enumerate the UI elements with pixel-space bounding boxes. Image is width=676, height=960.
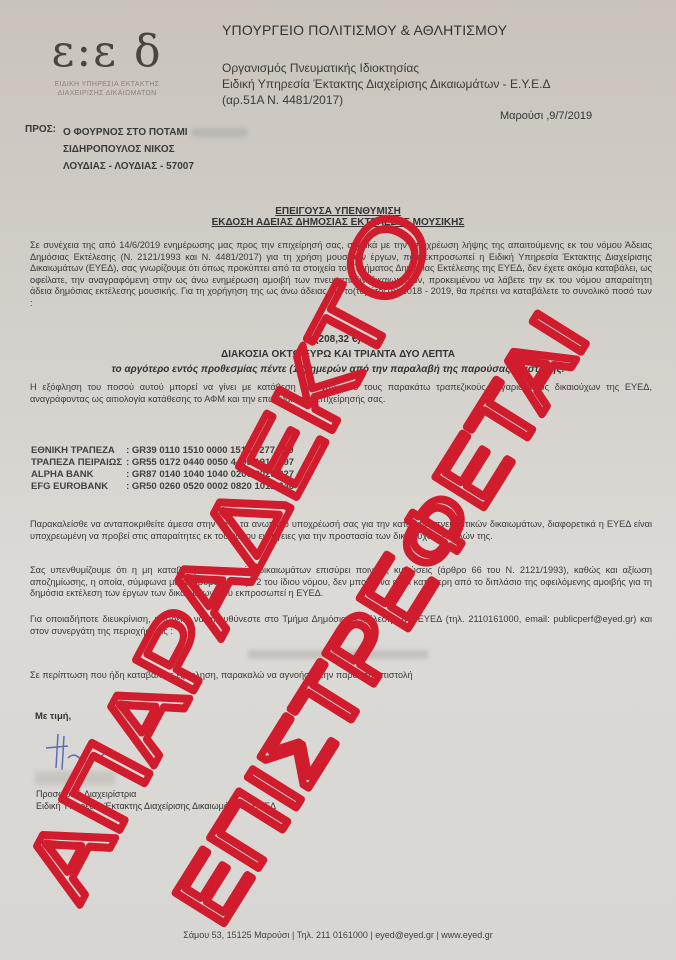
bank-iban: : GR87 0140 1040 1040 0200 2026 327 [126,469,298,481]
letter-page: ε:ε δ ΕΙΔΙΚΗ ΥΠΗΡΕΣΙΑ ΕΚΤΑΚΤΗΣ ΔΙΑΧΕΙΡΙΣ… [0,0,676,960]
bank-row: ΤΡΑΠΕΖΑ ΠΕΙΡΑΙΩΣ: GR55 0172 0440 0050 44… [31,457,298,469]
paragraph-contact: Για οποιαδήποτε διευκρίνιση, μπορείτε να… [30,614,652,637]
closing-salutation: Με τιμή, [35,711,71,722]
paragraph-payment: Η εξόφληση του ποσού αυτού μπορεί να γίν… [30,382,652,405]
org-line-2: Ειδική Υπηρεσία Έκτακτης Διαχείρισης Δικ… [222,76,551,92]
paragraph-penalties: Σας υπενθυμίζουμε ότι η μη καταβολή πνευ… [30,565,652,600]
recipient-line-1: Ο ΦΟΥΡΝΟΣ ΣΤΟ ΠΟΤΑΜΙ [63,124,247,141]
bank-name: ALPHA BANK [31,469,126,481]
recipient-line-3: ΛΟΥΔΙΑΣ - ΛΟΥΔΙΑΣ - 57007 [63,158,247,175]
bank-iban: : GR55 0172 0440 0050 4409 1910 697 [126,457,298,469]
subject-line-2: ΕΚΔΟΣΗ ΑΔΕΙΑΣ ΔΗΜΟΣΙΑΣ ΕΚΤΕΛΕΣΗΣ ΜΟΥΣΙΚΗ… [0,217,676,228]
org-line-3: (αρ.51Α Ν. 4481/2017) [222,92,551,108]
redacted-signer-name [35,771,115,785]
redaction-blur [192,128,247,137]
amount-words: ΔΙΑΚΟΣΙΑ ΟΚΤΩ ΕΥΡΩ ΚΑΙ ΤΡΙΑΝΤΑ ΔΥΟ ΛΕΠΤΑ [0,349,676,360]
signer-title: Προσωρινή Διαχειρίστρια [36,788,276,800]
bank-name: ΤΡΑΠΕΖΑ ΠΕΙΡΑΙΩΣ [31,457,126,469]
eyed-logo: ε:ε δ ΕΙΔΙΚΗ ΥΠΗΡΕΣΙΑ ΕΚΤΑΚΤΗΣ ΔΙΑΧΕΙΡΙΣ… [42,30,172,98]
logo-subtitle: ΕΙΔΙΚΗ ΥΠΗΡΕΣΙΑ ΕΚΤΑΚΤΗΣ ΔΙΑΧΕΙΡΙΣΗΣ ΔΙΚ… [42,80,172,98]
recipient-address: Ο ΦΟΥΡΝΟΣ ΣΤΟ ΠΟΤΑΜΙ ΣΙΔΗΡΟΠΟΥΛΟΣ ΝΙΚΟΣ … [63,124,247,175]
bank-row: ΕΘΝΙΚΗ ΤΡΑΠΕΖΑ: GR39 0110 1510 0000 1510… [31,445,298,457]
subject-heading: ΕΠΕΙΓΟΥΣΑ ΥΠΕΝΘΥΜΙΣΗ ΕΚΔΟΣΗ ΑΔΕΙΑΣ ΔΗΜΟΣ… [0,206,676,228]
logo-subtitle-line-2: ΔΙΑΧΕΙΡΙΣΗΣ ΔΙΚΑΙΩΜΑΤΩΝ [42,89,172,98]
recipient-line-2: ΣΙΔΗΡΟΠΟΥΛΟΣ ΝΙΚΟΣ [63,141,247,158]
amount-number: (208,32 €) [0,334,676,345]
letter-date: Μαρούσι ,9/7/2019 [500,110,592,122]
signer-org: Ειδική Υπηρεσία Έκτακτης Διαχείρισης Δικ… [36,800,276,812]
paragraph-intro: Σε συνέχεια της από 14/6/2019 ενημέρωσης… [30,240,652,310]
bank-name: EFG EUROBANK [31,481,126,493]
bank-iban: : GR39 0110 1510 0000 1510 0277 159 [126,445,298,457]
logo-mark: ε:ε δ [42,30,172,74]
footer-contact: Σάμου 53, 15125 Μαρούσι | Τηλ. 211 01610… [0,930,676,940]
organization-block: Οργανισμός Πνευματικής Ιδιοκτησίας Ειδικ… [222,60,551,108]
signer-block: Προσωρινή Διαχειρίστρια Ειδική Υπηρεσία … [36,788,276,812]
paragraph-ignore-notice: Σε περίπτωση που ήδη καταβάλατε εξόφληση… [30,670,652,682]
logo-subtitle-line-1: ΕΙΔΙΚΗ ΥΠΗΡΕΣΙΑ ΕΚΤΑΚΤΗΣ [42,80,172,89]
subject-line-1: ΕΠΕΙΓΟΥΣΑ ΥΠΕΝΘΥΜΙΣΗ [0,206,676,217]
payment-deadline: το αργότερο εντός προθεσμίας πέντε (10) … [0,364,676,375]
signature [38,728,110,776]
redacted-contact [248,650,428,659]
ministry-heading: ΥΠΟΥΡΓΕΙΟ ΠΟΛΙΤΙΣΜΟΥ & ΑΘΛΗΤΙΣΜΟΥ [222,22,507,38]
org-line-1: Οργανισμός Πνευματικής Ιδιοκτησίας [222,60,551,76]
recipient-label: ΠΡΟΣ: [25,124,56,135]
bank-name: ΕΘΝΙΚΗ ΤΡΑΠΕΖΑ [31,445,126,457]
bank-accounts-table: ΕΘΝΙΚΗ ΤΡΑΠΕΖΑ: GR39 0110 1510 0000 1510… [31,445,298,493]
bank-row: EFG EUROBANK: GR50 0260 0520 0002 0820 1… [31,481,298,493]
paragraph-request: Παρακαλείσθε να ανταποκριθείτε άμεσα στη… [30,519,652,542]
bank-row: ALPHA BANK: GR87 0140 1040 1040 0200 202… [31,469,298,481]
bank-iban: : GR50 0260 0520 0002 0820 1012 346 [126,481,298,493]
